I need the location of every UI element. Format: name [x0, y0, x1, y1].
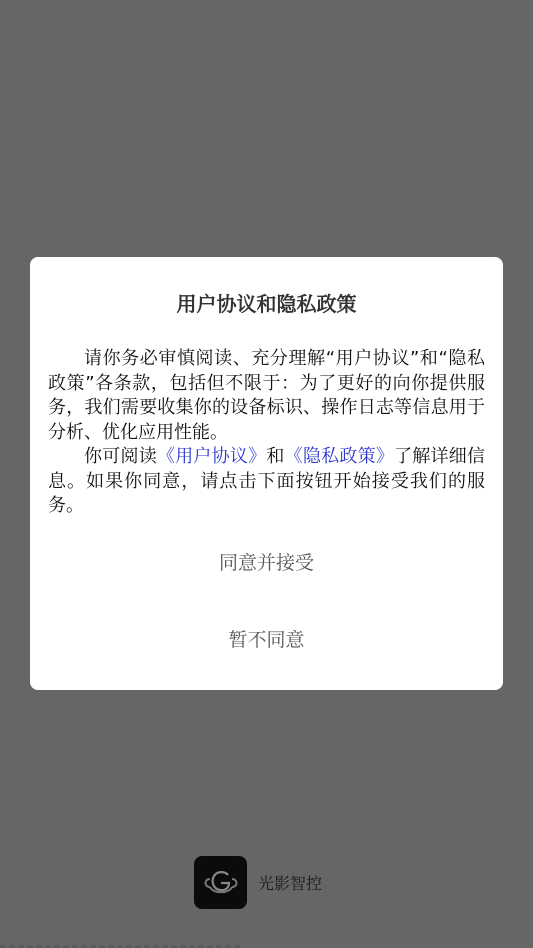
- privacy-policy-link[interactable]: 《隐私政策》: [285, 446, 394, 467]
- user-agreement-link[interactable]: 《用户协议》: [157, 446, 266, 467]
- app-name: 光影智控: [258, 871, 322, 894]
- app-logo-icon: [194, 856, 247, 909]
- privacy-dialog: 用户协议和隐私政策 请你务必审慎阅读、充分理解“用户协议”和“隐私政策”各条款，…: [30, 257, 503, 690]
- dialog-title: 用户协议和隐私政策: [30, 290, 503, 318]
- dialog-body: 请你务必审慎阅读、充分理解“用户协议”和“隐私政策”各条款，包括但不限于：为了更…: [48, 347, 485, 519]
- links-middle: 和: [266, 446, 284, 467]
- links-prefix: 你可阅读: [84, 446, 157, 467]
- brand-footer: 光影智控: [194, 856, 322, 909]
- paragraph-consent: 请你务必审慎阅读、充分理解“用户协议”和“隐私政策”各条款，包括但不限于：为了更…: [48, 347, 485, 445]
- decline-button[interactable]: 暂不同意: [30, 626, 503, 654]
- accept-button[interactable]: 同意并接受: [30, 549, 503, 577]
- paragraph-links: 你可阅读《用户协议》和《隐私政策》了解详细信息。如果你同意，请点击下面按钮开始接…: [48, 445, 485, 519]
